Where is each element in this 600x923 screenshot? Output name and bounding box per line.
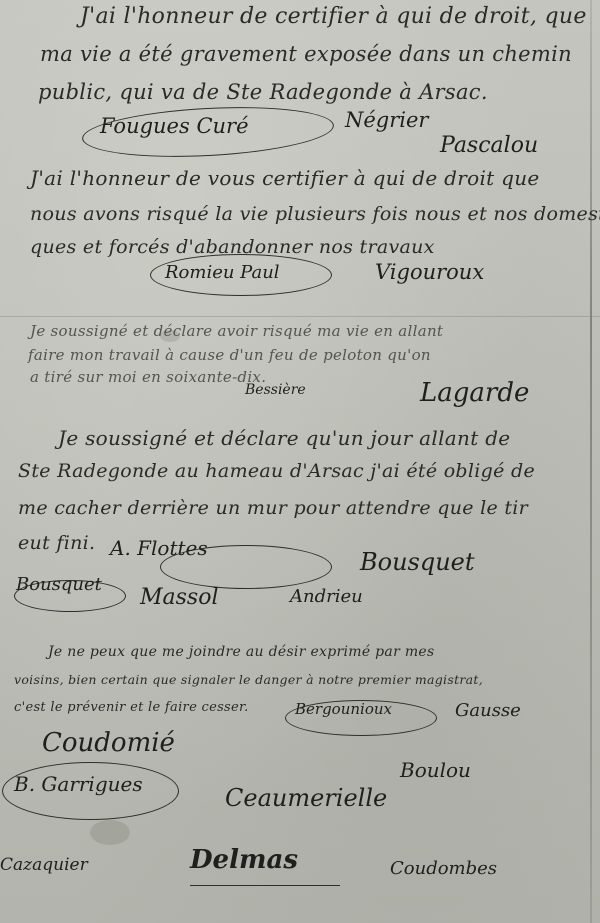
statement-line: Je soussigné et déclare avoir risqué ma … — [30, 322, 443, 340]
statement-line: nous avons risqué la vie plusieurs fois … — [30, 203, 600, 225]
signature: Delmas — [190, 845, 298, 875]
paper-fold-vertical — [590, 0, 592, 923]
signature: Coudomié — [42, 728, 175, 758]
signature: Négrier — [345, 108, 428, 132]
statement-line: eut fini. — [18, 532, 95, 554]
signature: Bessière — [245, 382, 306, 398]
signature: Boulou — [400, 758, 471, 782]
statement-line: ma vie a été gravement exposée dans un c… — [40, 42, 572, 66]
signature: Andrieu — [290, 586, 363, 607]
signature: Fougues Curé — [100, 114, 249, 138]
statement-line: Je ne peux que me joindre au désir expri… — [48, 644, 434, 660]
ink-stain — [90, 820, 130, 845]
signature: Massol — [140, 585, 219, 610]
statement-line: Je soussigné et déclare qu'un jour allan… — [58, 426, 510, 450]
signature: Ceaumerielle — [225, 784, 387, 812]
statement-line: Ste Radegonde au hameau d'Arsac j'ai été… — [18, 460, 535, 482]
statement-line: c'est le prévenir et le faire cesser. — [14, 700, 249, 715]
statement-line: voisins, bien certain que signaler le da… — [14, 672, 483, 687]
signature: A. Flottes — [110, 536, 208, 560]
statement-line: J'ai l'honneur de vous certifier à qui d… — [30, 166, 540, 190]
statement-line: a tiré sur moi en soixante-dix. — [30, 368, 266, 386]
signature: Bousquet — [16, 574, 102, 595]
statement-line: faire mon travail à cause d'un feu de pe… — [28, 346, 431, 364]
signature: Lagarde — [420, 378, 529, 408]
statement-line: public, qui va de Ste Radegonde à Arsac. — [38, 80, 488, 104]
statement-line: me cacher derrière un mur pour attendre … — [18, 497, 528, 519]
signature: Coudombes — [390, 858, 497, 879]
signature: Cazaquier — [0, 855, 88, 875]
paper-fold-horizontal — [0, 316, 600, 317]
signature: Romieu Paul — [165, 262, 280, 283]
signature: Bergounioux — [295, 700, 392, 718]
signature: Bousquet — [360, 548, 475, 576]
signature: Gausse — [455, 700, 521, 721]
signature: B. Garrigues — [14, 772, 143, 796]
signature-underline — [190, 885, 340, 886]
signature: Pascalou — [440, 133, 538, 158]
signature: Vigouroux — [375, 260, 484, 284]
statement-line: J'ai l'honneur de certifier à qui de dro… — [80, 4, 587, 29]
